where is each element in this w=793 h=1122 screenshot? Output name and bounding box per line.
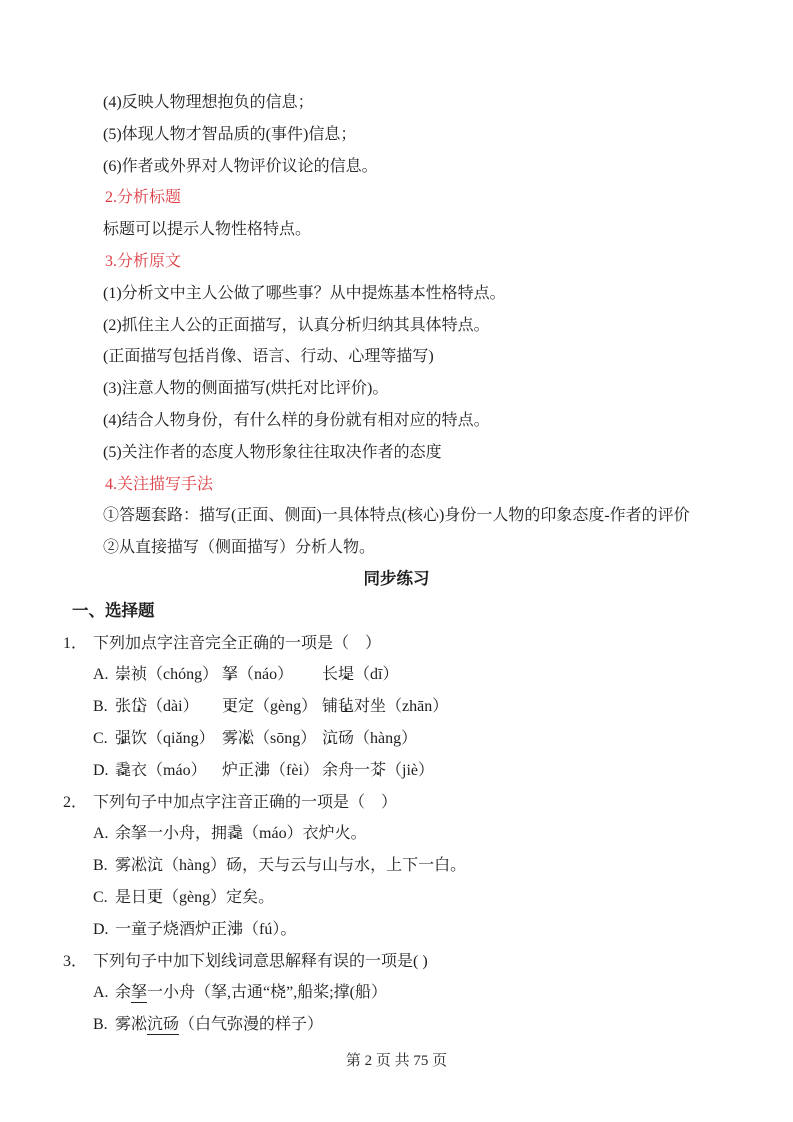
emphasis-dot-char: 毳 bbox=[115, 762, 131, 779]
option-label: C. bbox=[93, 723, 115, 755]
paragraph-text: (5)关注作者的态度人物形象往往取决作者的态度 bbox=[0, 437, 793, 469]
paragraph-text: ①答题套路：描写(正面、侧面)一具体特点(核心)身份一人物的印象态度-作者的评价 bbox=[0, 500, 793, 532]
question-number: 2． bbox=[63, 787, 93, 819]
option-term: 余舟一芥（jiè） bbox=[322, 755, 793, 787]
underlined-word: 拏 bbox=[131, 984, 147, 1003]
text-segment: 下列句子中加下划线词意思解释有误的一项是( ) bbox=[93, 953, 428, 970]
option-term: 张岱（dài） bbox=[115, 691, 222, 723]
choice-option: C.强饮（qiǎng）雾凇（sōng）沆砀（hàng） bbox=[0, 723, 793, 755]
emphasis-dot-char: 岱 bbox=[131, 698, 147, 715]
underlined-word: 沆砀 bbox=[147, 1016, 179, 1035]
emphasis-dot-char: 凇 bbox=[238, 730, 254, 747]
text-segment: (4)反映人物理想抱负的信息； bbox=[103, 94, 314, 111]
text-segment: 2.分析标题 bbox=[105, 189, 181, 206]
text-segment: (2)抓住主人公的正面描写，认真分析归纳其具体特点。 bbox=[103, 317, 490, 334]
text-segment: 张 bbox=[115, 698, 131, 715]
text-segment: 余拏一小舟，拥 bbox=[115, 825, 227, 842]
text-segment: 余 bbox=[115, 984, 131, 1001]
choice-option: A.余拏一小舟，拥毳（máo）衣炉火。 bbox=[0, 818, 793, 850]
text-segment: 一、选择题 bbox=[72, 602, 155, 620]
choice-option: A.余拏一小舟（拏,古通“桡”,船桨;撑(船） bbox=[0, 977, 793, 1009]
choice-option: A.崇祯（chóng）拏（náo）长堤（dī） bbox=[0, 659, 793, 691]
document-body: (4)反映人物理想抱负的信息；(5)体现人物才智品质的(事件)信息；(6)作者或… bbox=[0, 87, 793, 1041]
option-term: 更定（gèng） bbox=[222, 691, 322, 723]
text-segment: 余拏一小舟（拏,古通“桡”,船桨;撑(船） bbox=[115, 977, 387, 1009]
option-term: 铺毡对坐（zhān） bbox=[322, 691, 793, 723]
text-segment: 余舟一 bbox=[322, 762, 370, 779]
red-heading: 4.关注描写手法 bbox=[0, 469, 793, 501]
paragraph-text: (2)抓住主人公的正面描写，认真分析归纳其具体特点。 bbox=[0, 310, 793, 342]
emphasis-dot-char: 沆 bbox=[322, 730, 338, 747]
text-segment: 是日 bbox=[115, 889, 147, 906]
paragraph-text: (正面描写包括肖像、语言、行动、心理等描写) bbox=[0, 341, 793, 373]
text-segment: 祯（chóng） bbox=[131, 666, 218, 683]
paragraph-text: ②从直接描写（侧面描写）分析人物。 bbox=[0, 532, 793, 564]
paragraph-text: (4)结合人物身份，有什么样的身份就有相对应的特点。 bbox=[0, 405, 793, 437]
emphasis-dot-char: 拏 bbox=[222, 666, 238, 683]
text-segment: ①答题套路：描写(正面、侧面)一具体特点(核心)身份一人物的印象态度-作者的评价 bbox=[103, 507, 690, 524]
paragraph-text: 标题可以提示人物性格特点。 bbox=[0, 214, 793, 246]
text-segment: 炉正 bbox=[222, 762, 254, 779]
choice-option: C.是日更（gèng）定矣。 bbox=[0, 882, 793, 914]
text-segment: (正面描写包括肖像、语言、行动、心理等描写) bbox=[103, 348, 434, 365]
footer-page-number: 第 2 页 共 75 页 bbox=[0, 1049, 793, 1070]
paragraph-text: (1)分析文中主人公做了哪些事？从中提炼基本性格特点。 bbox=[0, 278, 793, 310]
text-segment: （máo）衣炉火。 bbox=[243, 825, 367, 842]
text-segment: 下列加点字注音完全正确的一项是（ ） bbox=[93, 635, 381, 652]
emphasis-dot-char: 毡 bbox=[338, 698, 354, 715]
text-segment: 下列句子中加下划线词意思解释有误的一项是( ) bbox=[93, 953, 428, 970]
emphasis-dot-char: 堤 bbox=[338, 666, 354, 683]
option-term: 长堤（dī） bbox=[322, 659, 793, 691]
text-segment: 雾凇沆（hàng）砀，天与云与山与水，上下一白。 bbox=[115, 850, 466, 882]
text-segment: 雾凇沆砀（白气弥漫的样子） bbox=[115, 1009, 323, 1041]
option-label: A. bbox=[93, 818, 115, 850]
emphasis-dot-char: 沸 bbox=[227, 921, 243, 938]
text-segment: 4.关注描写手法 bbox=[105, 476, 213, 493]
emphasis-dot-char: 更 bbox=[222, 698, 238, 715]
text-segment: 衣（máo） bbox=[131, 762, 207, 779]
text-segment: 3.分析原文 bbox=[105, 253, 181, 270]
emphasis-dot-char: 强 bbox=[115, 730, 131, 747]
text-segment: （白气弥漫的样子） bbox=[179, 1016, 323, 1033]
text-segment: 雾 bbox=[222, 730, 238, 747]
text-segment: 一童子烧酒炉正沸（fú）。 bbox=[115, 914, 296, 946]
option-label: D. bbox=[93, 914, 115, 946]
text-segment: 标题可以提示人物性格特点。 bbox=[103, 221, 311, 238]
emphasis-dot-char: 毳 bbox=[227, 825, 243, 842]
emphasis-dot-char: 沆 bbox=[147, 857, 163, 874]
question-stem: 3．下列句子中加下划线词意思解释有误的一项是( ) bbox=[0, 946, 793, 978]
choice-option: D.毳衣（máo）炉正沸（fèi）余舟一芥（jiè） bbox=[0, 755, 793, 787]
option-label: C. bbox=[93, 882, 115, 914]
document-page: (4)反映人物理想抱负的信息；(5)体现人物才智品质的(事件)信息；(6)作者或… bbox=[0, 0, 793, 1122]
red-heading: 3.分析原文 bbox=[0, 246, 793, 278]
text-segment: （náo） bbox=[238, 666, 293, 683]
question-stem: 2．下列句子中加点字注音正确的一项是（ ） bbox=[0, 787, 793, 819]
text-segment: （fèi） bbox=[270, 762, 319, 779]
text-segment: (6)作者或外界对人物评价议论的信息。 bbox=[103, 158, 378, 175]
emphasis-dot-char: 更 bbox=[147, 889, 163, 906]
text-segment: 雾凇 bbox=[115, 857, 147, 874]
text-segment: (5)关注作者的态度人物形象往往取决作者的态度 bbox=[103, 444, 442, 461]
text-segment: 下列句子中加点字注音正确的一项是（ ） bbox=[93, 794, 397, 811]
text-segment: 饮（qiǎng） bbox=[131, 730, 215, 747]
question-stem: 1．下列加点字注音完全正确的一项是（ ） bbox=[0, 628, 793, 660]
question-number: 3． bbox=[63, 946, 93, 978]
red-heading: 2.分析标题 bbox=[0, 182, 793, 214]
text-segment: （fú）。 bbox=[243, 921, 296, 938]
text-segment: 砀（hàng） bbox=[338, 730, 417, 747]
text-segment: 定（gèng） bbox=[238, 698, 317, 715]
option-label: D. bbox=[93, 755, 115, 787]
text-segment: (3)注意人物的侧面描写(烘托对比评价)。 bbox=[103, 380, 388, 397]
choice-option: B.雾凇沆（hàng）砀，天与云与山与水，上下一白。 bbox=[0, 850, 793, 882]
option-term: 毳衣（máo） bbox=[115, 755, 222, 787]
section-title: 同步练习 bbox=[0, 564, 793, 596]
paragraph-text: (4)反映人物理想抱负的信息； bbox=[0, 87, 793, 119]
text-segment: （jiè） bbox=[386, 762, 434, 779]
text-segment: （sōng） bbox=[254, 730, 316, 747]
text-segment: （dài） bbox=[147, 698, 199, 715]
text-segment: 一童子烧酒炉正 bbox=[115, 921, 227, 938]
text-segment: 长 bbox=[322, 666, 338, 683]
text-segment: 是日更（gèng）定矣。 bbox=[115, 882, 274, 914]
option-term: 拏（náo） bbox=[222, 659, 322, 691]
choice-option: B.张岱（dài）更定（gèng）铺毡对坐（zhān） bbox=[0, 691, 793, 723]
text-segment: (4)结合人物身份，有什么样的身份就有相对应的特点。 bbox=[103, 412, 490, 429]
text-segment: 铺 bbox=[322, 698, 338, 715]
option-term: 炉正沸（fèi） bbox=[222, 755, 322, 787]
option-label: B. bbox=[93, 691, 115, 723]
choice-option: B.雾凇沆砀（白气弥漫的样子） bbox=[0, 1009, 793, 1041]
emphasis-dot-char: 芥 bbox=[370, 762, 386, 779]
text-segment: （gèng）定矣。 bbox=[163, 889, 274, 906]
text-segment: 下列句子中加点字注音正确的一项是（ ） bbox=[93, 794, 397, 811]
text-segment: 余拏一小舟，拥毳（máo）衣炉火。 bbox=[115, 818, 367, 850]
text-segment: 一小舟（拏,古通“桡”,船桨;撑(船） bbox=[147, 984, 387, 1001]
text-segment: (5)体现人物才智品质的(事件)信息； bbox=[103, 126, 356, 143]
text-segment: 下列加点字注音完全正确的一项是（ ） bbox=[93, 635, 381, 652]
option-label: B. bbox=[93, 850, 115, 882]
text-segment: (1)分析文中主人公做了哪些事？从中提炼基本性格特点。 bbox=[103, 285, 506, 302]
question-number: 1． bbox=[63, 628, 93, 660]
paragraph-text: (5)体现人物才智品质的(事件)信息； bbox=[0, 119, 793, 151]
paragraph-text: (3)注意人物的侧面描写(烘托对比评价)。 bbox=[0, 373, 793, 405]
option-term: 沆砀（hàng） bbox=[322, 723, 793, 755]
emphasis-dot-char: 崇 bbox=[115, 666, 131, 683]
option-term: 强饮（qiǎng） bbox=[115, 723, 222, 755]
option-term: 崇祯（chóng） bbox=[115, 659, 222, 691]
text-segment: 雾凇 bbox=[115, 1016, 147, 1033]
text-segment: （hàng）砀，天与云与山与水，上下一白。 bbox=[163, 857, 466, 874]
choice-option: D.一童子烧酒炉正沸（fú）。 bbox=[0, 914, 793, 946]
subsection-heading: 一、选择题 bbox=[0, 596, 793, 628]
text-segment: 同步练习 bbox=[364, 570, 430, 588]
emphasis-dot-char: 沸 bbox=[254, 762, 270, 779]
option-label: A. bbox=[93, 977, 115, 1009]
option-label: B. bbox=[93, 1009, 115, 1041]
text-segment: （dī） bbox=[354, 666, 398, 683]
text-segment: 对坐（zhān） bbox=[354, 698, 448, 715]
paragraph-text: (6)作者或外界对人物评价议论的信息。 bbox=[0, 151, 793, 183]
option-label: A. bbox=[93, 659, 115, 691]
text-segment: ②从直接描写（侧面描写）分析人物。 bbox=[103, 539, 375, 556]
option-term: 雾凇（sōng） bbox=[222, 723, 322, 755]
